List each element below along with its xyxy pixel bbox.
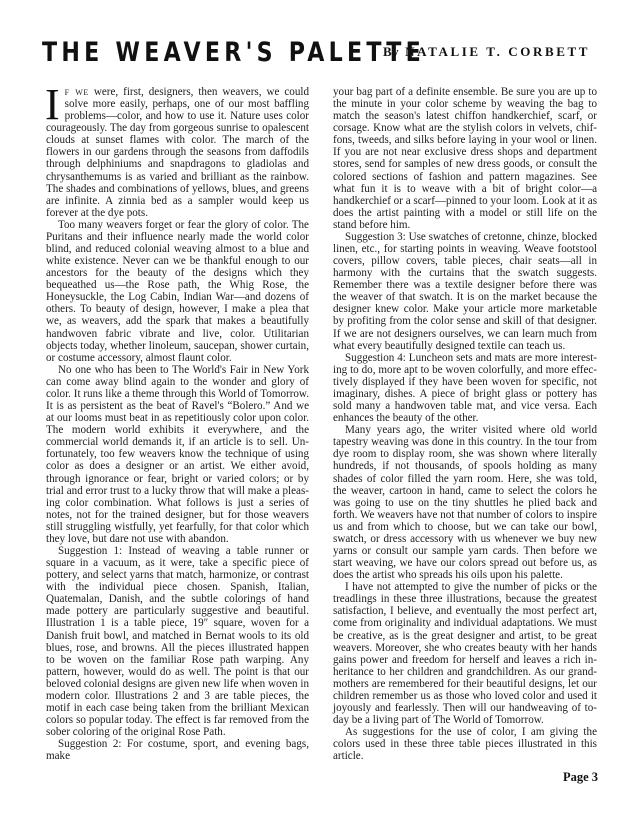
paragraph-closing: As suggestions for the use of color, I a… xyxy=(333,726,597,762)
left-column: If we were, first, designers, then weave… xyxy=(46,86,309,762)
article-title: THE WEAVER'S PALETTE xyxy=(42,38,425,68)
paragraph-tapestry: Many years ago, the writer visited where… xyxy=(333,424,597,581)
paragraph-3: No one who has been to The World's Fair … xyxy=(46,364,309,545)
paragraph-creativity: I have not attempted to give the number … xyxy=(333,581,597,726)
right-column: your bag part of a definite ensemble. Be… xyxy=(333,86,597,762)
paragraph-1: If we were, first, designers, then weave… xyxy=(46,86,309,219)
paragraph-suggestion-2-start: Suggestion 2: For costume, sport, and ev… xyxy=(46,738,309,762)
drop-cap: I xyxy=(45,88,60,122)
byline: ByNATALIE T. CORBETT xyxy=(383,44,590,60)
paragraph-2: Too many weavers forget or fear the glor… xyxy=(46,219,309,364)
paragraph-suggestion-4: Suggestion 4: Luncheon sets and mats are… xyxy=(333,352,597,424)
paragraph-suggestion-2-cont: your bag part of a definite ensemble. Be… xyxy=(333,86,597,231)
paragraph-suggestion-1: Suggestion 1: Instead of weaving a table… xyxy=(46,545,309,738)
author-name: NATALIE T. CORBETT xyxy=(405,44,590,59)
page-number: Page 3 xyxy=(563,770,598,785)
lead-in-smallcaps: f we xyxy=(65,86,89,98)
paragraph-suggestion-3: Suggestion 3: Use swatches of cretonne, … xyxy=(333,231,597,352)
paragraph-text: were, first, designers, then weavers, we… xyxy=(46,86,309,219)
byline-prefix: By xyxy=(383,44,399,59)
